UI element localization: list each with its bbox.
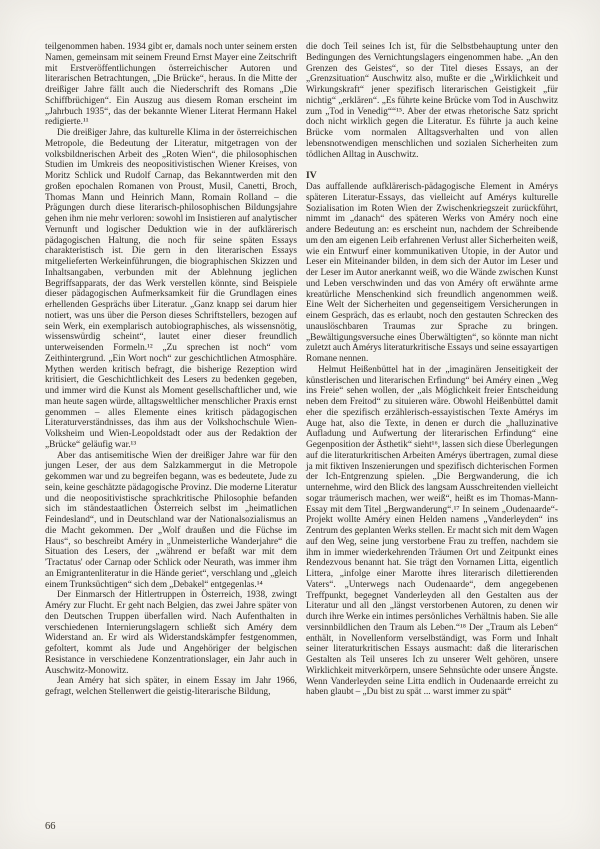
paragraph: teilgenommen haben. 1934 gibt er, damals… bbox=[45, 42, 297, 128]
paragraph: Das auffallende aufklärerisch-pädagogisc… bbox=[306, 182, 558, 365]
section-heading-iv: IV bbox=[306, 171, 558, 182]
paragraph: Helmut Heißenbüttel hat in der „imaginär… bbox=[306, 365, 558, 698]
paragraph: Die dreißiger Jahre, das kulturelle Klim… bbox=[45, 128, 297, 451]
text-columns: teilgenommen haben. 1934 gibt er, damals… bbox=[45, 42, 558, 698]
page-number: 66 bbox=[45, 821, 56, 832]
paragraph: Der Einmarsch der Hitlertruppen in Öster… bbox=[45, 590, 297, 676]
left-column: teilgenommen haben. 1934 gibt er, damals… bbox=[45, 42, 297, 698]
right-column: die doch Teil seines Ich ist, für die Se… bbox=[306, 42, 558, 698]
book-page: teilgenommen haben. 1934 gibt er, damals… bbox=[0, 0, 600, 849]
paragraph: Jean Améry hat sich später, in einem Ess… bbox=[45, 676, 297, 698]
paragraph: die doch Teil seines Ich ist, für die Se… bbox=[306, 42, 558, 160]
paragraph: Aber das antisemitische Wien der dreißig… bbox=[45, 451, 297, 591]
